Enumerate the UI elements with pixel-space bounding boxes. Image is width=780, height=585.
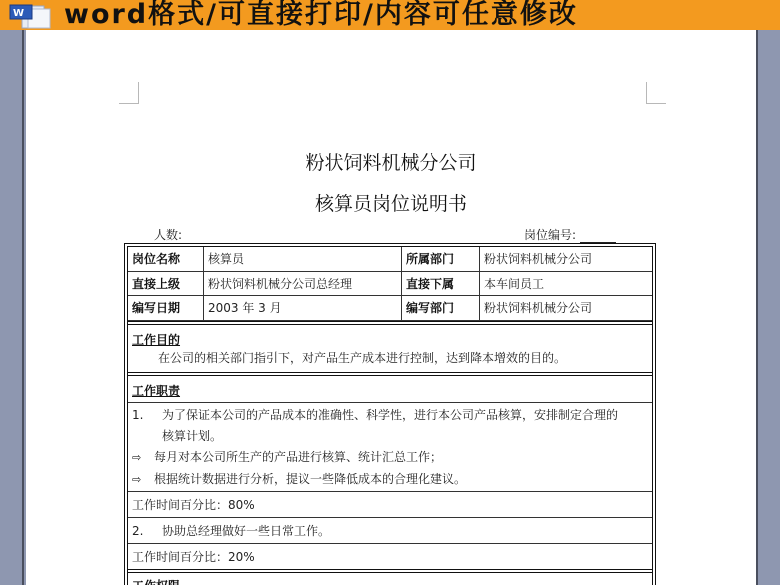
duty-text: 协助总经理做好一些日常工作。 bbox=[162, 524, 330, 538]
duty-number: 2. bbox=[132, 524, 162, 538]
headcount-label: 人数: bbox=[154, 226, 182, 243]
value-cell: 粉状饲料机械分公司 bbox=[480, 296, 652, 320]
value-cell: 2003 年 3 月 bbox=[204, 296, 402, 320]
document-title: 核算员岗位说明书 bbox=[26, 189, 756, 216]
duty-item-2: 2.协助总经理做好一些日常工作。 bbox=[128, 517, 652, 543]
duty-text: 为了保证本公司的产品成本的准确性、科学性，进行本公司产品核算，安排制定合理的 bbox=[162, 408, 618, 422]
value-cell: 粉状饲料机械分公司 bbox=[480, 247, 652, 271]
table-row: 直接上级 粉状饲料机械分公司总经理 直接下属 本车间员工 bbox=[128, 272, 652, 297]
sub-item: ⇨根据统计数据进行分析，提议一些降低成本的合理化建议。 bbox=[128, 467, 652, 489]
time-percentage: 工作时间百分比：20% bbox=[128, 543, 652, 569]
job-description-table: 岗位名称 核算员 所属部门 粉状饲料机械分公司 直接上级 粉状饲料机械分公司总经… bbox=[124, 243, 656, 585]
duty-text-continued: 核算计划。 bbox=[128, 424, 652, 445]
authority-heading: 工作权限 bbox=[128, 569, 652, 585]
label-cell: 编写部门 bbox=[402, 296, 480, 320]
value-cell: 核算员 bbox=[204, 247, 402, 271]
left-margin-bar bbox=[0, 30, 24, 585]
label-cell: 直接上级 bbox=[128, 272, 204, 296]
margin-corner-top-right bbox=[646, 82, 666, 104]
table-row: 岗位名称 核算员 所属部门 粉状饲料机械分公司 bbox=[128, 247, 652, 272]
position-number-label: 岗位编号: bbox=[524, 228, 576, 242]
time-percentage: 工作时间百分比：80% bbox=[128, 491, 652, 517]
duty-number: 1. bbox=[132, 406, 162, 424]
svg-text:W: W bbox=[13, 8, 24, 19]
banner-text: word格式/可直接打印/内容可任意修改 bbox=[64, 0, 578, 30]
label-cell: 直接下属 bbox=[402, 272, 480, 296]
right-margin-bar bbox=[756, 30, 780, 585]
label-cell: 编写日期 bbox=[128, 296, 204, 320]
word-document-icon: W bbox=[8, 3, 56, 29]
purpose-text: 在公司的相关部门指引下，对产品生产成本进行控制，达到降本增效的目的。 bbox=[128, 347, 652, 372]
arrow-right-icon: ⇨ bbox=[132, 471, 154, 489]
document-page: 粉状饲料机械分公司 核算员岗位说明书 人数: 岗位编号: 岗位名称 核算员 所属… bbox=[26, 30, 756, 585]
position-number-blank bbox=[580, 231, 616, 243]
purpose-heading: 工作目的 bbox=[128, 325, 652, 347]
label-cell: 岗位名称 bbox=[128, 247, 204, 271]
duties-heading: 工作职责 bbox=[128, 376, 652, 402]
company-title: 粉状饲料机械分公司 bbox=[26, 148, 756, 175]
duties-section: 工作职责 1.为了保证本公司的产品成本的准确性、科学性，进行本公司产品核算，安排… bbox=[128, 372, 652, 569]
duty-item-1: 1.为了保证本公司的产品成本的准确性、科学性，进行本公司产品核算，安排制定合理的… bbox=[128, 402, 652, 491]
purpose-section: 工作目的 在公司的相关部门指引下，对产品生产成本进行控制，达到降本增效的目的。 bbox=[128, 321, 652, 372]
value-cell: 本车间员工 bbox=[480, 272, 652, 296]
position-number-field: 岗位编号: bbox=[524, 226, 616, 243]
value-cell: 粉状饲料机械分公司总经理 bbox=[204, 272, 402, 296]
label-cell: 所属部门 bbox=[402, 247, 480, 271]
table-row: 编写日期 2003 年 3 月 编写部门 粉状饲料机械分公司 bbox=[128, 296, 652, 321]
sub-item: ⇨每月对本公司所生产的产品进行核算、统计汇总工作； bbox=[128, 445, 652, 467]
arrow-right-icon: ⇨ bbox=[132, 449, 154, 467]
margin-corner-top-left bbox=[119, 82, 139, 104]
promo-banner: W word格式/可直接打印/内容可任意修改 bbox=[0, 0, 780, 30]
